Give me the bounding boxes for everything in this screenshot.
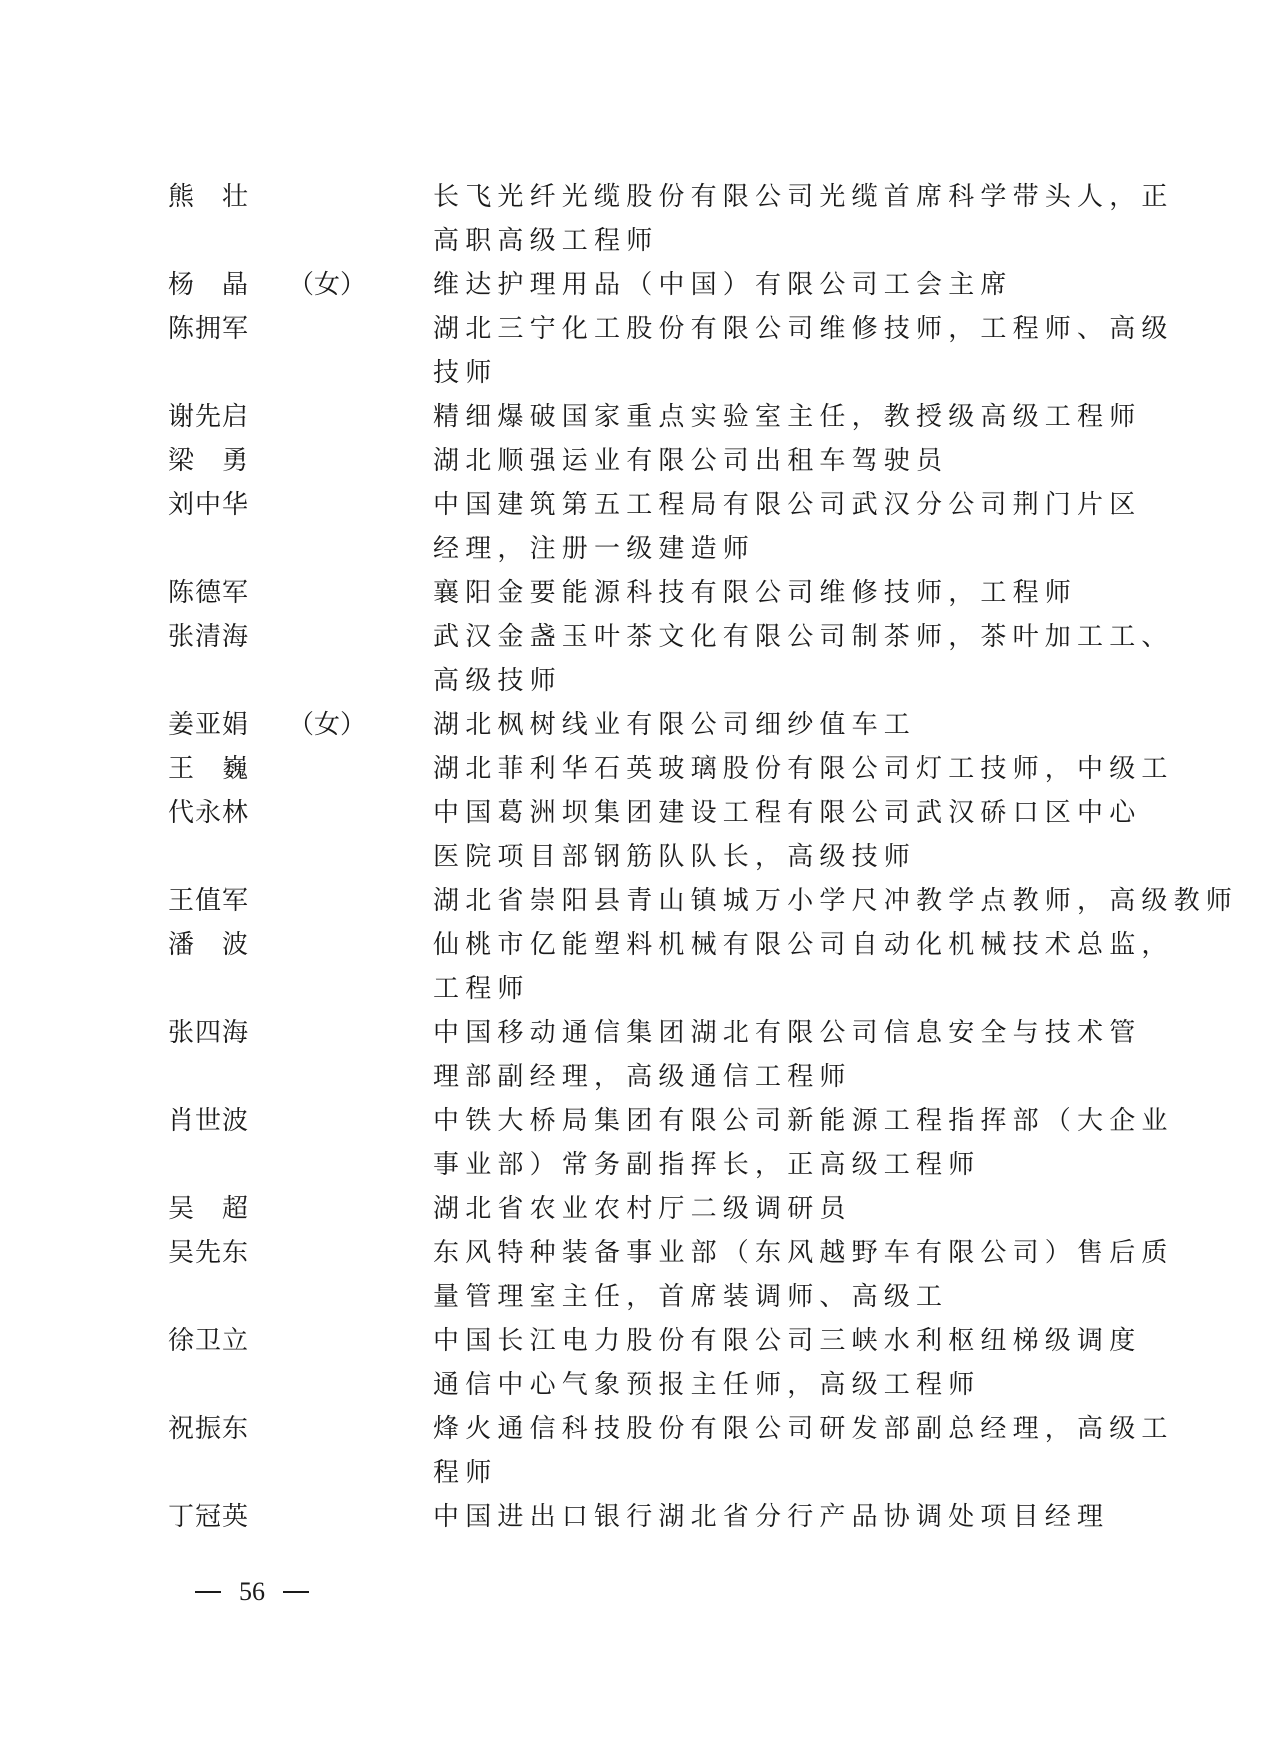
page-number: 56: [239, 1572, 265, 1612]
description-line: 中国葛洲坝集团建设工程有限公司武汉硚口区中心: [433, 791, 1118, 835]
honoree-entry: 肖世波中铁大桥局集团有限公司新能源工程指挥部（大企业事业部）常务副指挥长，正高级…: [168, 1099, 1118, 1187]
honoree-description: 中铁大桥局集团有限公司新能源工程指挥部（大企业事业部）常务副指挥长，正高级工程师: [433, 1099, 1118, 1187]
description-line: 技师: [433, 351, 1118, 395]
description-line: 武汉金盏玉叶茶文化有限公司制茶师，茶叶加工工、: [433, 615, 1118, 659]
honoree-name: 陈拥军: [168, 307, 288, 351]
honoree-name: 丁冠英: [168, 1495, 288, 1539]
honoree-entry: 王值军湖北省崇阳县青山镇城万小学尺冲教学点教师，高级教师: [168, 879, 1118, 923]
honoree-name: 刘中华: [168, 483, 288, 527]
description-line: 中国长江电力股份有限公司三峡水利枢纽梯级调度: [433, 1319, 1118, 1363]
description-line: 经理，注册一级建造师: [433, 527, 1118, 571]
description-line: 中国移动通信集团湖北有限公司信息安全与技术管: [433, 1011, 1118, 1055]
description-line: 湖北菲利华石英玻璃股份有限公司灯工技师，中级工: [433, 747, 1118, 791]
honoree-name: 陈德军: [168, 571, 288, 615]
honoree-entry: 吴先东东风特种装备事业部（东风越野车有限公司）售后质量管理室主任，首席装调师、高…: [168, 1231, 1118, 1319]
honoree-entry: 张四海中国移动通信集团湖北有限公司信息安全与技术管理部副经理，高级通信工程师: [168, 1011, 1118, 1099]
honoree-description: 维达护理用品（中国）有限公司工会主席: [433, 263, 1118, 307]
honoree-name: 张四海: [168, 1011, 288, 1055]
honoree-name: 王值军: [168, 879, 288, 923]
description-line: 襄阳金要能源科技有限公司维修技师，工程师: [433, 571, 1118, 615]
honoree-description: 中国葛洲坝集团建设工程有限公司武汉硚口区中心医院项目部钢筋队队长，高级技师: [433, 791, 1118, 879]
honoree-entry: 杨 晶（女）维达护理用品（中国）有限公司工会主席: [168, 263, 1118, 307]
description-line: 东风特种装备事业部（东风越野车有限公司）售后质: [433, 1231, 1118, 1275]
footer-dash-left: [195, 1591, 221, 1593]
honoree-description: 中国建筑第五工程局有限公司武汉分公司荆门片区经理，注册一级建造师: [433, 483, 1118, 571]
honoree-name: 肖世波: [168, 1099, 288, 1143]
description-line: 烽火通信科技股份有限公司研发部副总经理，高级工: [433, 1407, 1118, 1451]
honoree-description: 长飞光纤光缆股份有限公司光缆首席科学带头人，正高职高级工程师: [433, 175, 1118, 263]
honoree-description: 烽火通信科技股份有限公司研发部副总经理，高级工程师: [433, 1407, 1118, 1495]
footer-dash-right: [283, 1591, 309, 1593]
description-line: 湖北省崇阳县青山镇城万小学尺冲教学点教师，高级教师: [433, 879, 1118, 923]
honoree-name: 杨 晶: [168, 263, 288, 307]
honoree-entry: 陈拥军湖北三宁化工股份有限公司维修技师，工程师、高级技师: [168, 307, 1118, 395]
honoree-description: 湖北三宁化工股份有限公司维修技师，工程师、高级技师: [433, 307, 1118, 395]
description-line: 湖北省农业农村厅二级调研员: [433, 1187, 1118, 1231]
honoree-name: 梁 勇: [168, 439, 288, 483]
description-line: 精细爆破国家重点实验室主任，教授级高级工程师: [433, 395, 1118, 439]
honoree-entry: 祝振东烽火通信科技股份有限公司研发部副总经理，高级工程师: [168, 1407, 1118, 1495]
description-line: 中国进出口银行湖北省分行产品协调处项目经理: [433, 1495, 1118, 1539]
description-line: 事业部）常务副指挥长，正高级工程师: [433, 1143, 1118, 1187]
description-line: 医院项目部钢筋队队长，高级技师: [433, 835, 1118, 879]
honoree-name: 吴 超: [168, 1187, 288, 1231]
description-line: 长飞光纤光缆股份有限公司光缆首席科学带头人，正: [433, 175, 1118, 219]
description-line: 工程师: [433, 967, 1118, 1011]
honoree-name: 姜亚娟: [168, 703, 288, 747]
honoree-entry: 姜亚娟（女）湖北枫树线业有限公司细纱值车工: [168, 703, 1118, 747]
honoree-name: 张清海: [168, 615, 288, 659]
honoree-description: 湖北顺强运业有限公司出租车驾驶员: [433, 439, 1118, 483]
honoree-description: 仙桃市亿能塑料机械有限公司自动化机械技术总监，工程师: [433, 923, 1118, 1011]
honoree-entry: 丁冠英中国进出口银行湖北省分行产品协调处项目经理: [168, 1495, 1118, 1539]
description-line: 程师: [433, 1451, 1118, 1495]
honoree-entry: 潘 波仙桃市亿能塑料机械有限公司自动化机械技术总监，工程师: [168, 923, 1118, 1011]
honoree-description: 中国移动通信集团湖北有限公司信息安全与技术管理部副经理，高级通信工程师: [433, 1011, 1118, 1099]
honoree-gender: （女）: [288, 263, 433, 307]
description-line: 中铁大桥局集团有限公司新能源工程指挥部（大企业: [433, 1099, 1118, 1143]
description-line: 湖北顺强运业有限公司出租车驾驶员: [433, 439, 1118, 483]
document-page: 熊 壮长飞光纤光缆股份有限公司光缆首席科学带头人，正高职高级工程师杨 晶（女）维…: [0, 0, 1280, 1747]
description-line: 高职高级工程师: [433, 219, 1118, 263]
description-line: 湖北三宁化工股份有限公司维修技师，工程师、高级: [433, 307, 1118, 351]
description-line: 高级技师: [433, 659, 1118, 703]
honoree-description: 东风特种装备事业部（东风越野车有限公司）售后质量管理室主任，首席装调师、高级工: [433, 1231, 1118, 1319]
honoree-name: 祝振东: [168, 1407, 288, 1451]
honoree-name: 王 巍: [168, 747, 288, 791]
honoree-description: 中国长江电力股份有限公司三峡水利枢纽梯级调度通信中心气象预报主任师，高级工程师: [433, 1319, 1118, 1407]
honoree-entry: 刘中华中国建筑第五工程局有限公司武汉分公司荆门片区经理，注册一级建造师: [168, 483, 1118, 571]
honoree-description: 武汉金盏玉叶茶文化有限公司制茶师，茶叶加工工、高级技师: [433, 615, 1118, 703]
honoree-name: 代永林: [168, 791, 288, 835]
honoree-name: 谢先启: [168, 395, 288, 439]
honoree-entry: 王 巍湖北菲利华石英玻璃股份有限公司灯工技师，中级工: [168, 747, 1118, 791]
description-line: 维达护理用品（中国）有限公司工会主席: [433, 263, 1118, 307]
honoree-entry: 熊 壮长飞光纤光缆股份有限公司光缆首席科学带头人，正高职高级工程师: [168, 175, 1118, 263]
honoree-description: 精细爆破国家重点实验室主任，教授级高级工程师: [433, 395, 1118, 439]
description-line: 通信中心气象预报主任师，高级工程师: [433, 1363, 1118, 1407]
honoree-description: 湖北省崇阳县青山镇城万小学尺冲教学点教师，高级教师: [433, 879, 1118, 923]
description-line: 中国建筑第五工程局有限公司武汉分公司荆门片区: [433, 483, 1118, 527]
honoree-name: 吴先东: [168, 1231, 288, 1275]
honoree-entry: 谢先启精细爆破国家重点实验室主任，教授级高级工程师: [168, 395, 1118, 439]
honoree-name: 潘 波: [168, 923, 288, 967]
description-line: 湖北枫树线业有限公司细纱值车工: [433, 703, 1118, 747]
honoree-description: 中国进出口银行湖北省分行产品协调处项目经理: [433, 1495, 1118, 1539]
honoree-entry: 张清海武汉金盏玉叶茶文化有限公司制茶师，茶叶加工工、高级技师: [168, 615, 1118, 703]
honoree-entry: 代永林中国葛洲坝集团建设工程有限公司武汉硚口区中心医院项目部钢筋队队长，高级技师: [168, 791, 1118, 879]
description-line: 量管理室主任，首席装调师、高级工: [433, 1275, 1118, 1319]
honoree-description: 湖北枫树线业有限公司细纱值车工: [433, 703, 1118, 747]
honoree-description: 襄阳金要能源科技有限公司维修技师，工程师: [433, 571, 1118, 615]
description-line: 理部副经理，高级通信工程师: [433, 1055, 1118, 1099]
honoree-gender: （女）: [288, 703, 433, 747]
honoree-entry: 陈德军襄阳金要能源科技有限公司维修技师，工程师: [168, 571, 1118, 615]
description-line: 仙桃市亿能塑料机械有限公司自动化机械技术总监，: [433, 923, 1118, 967]
honoree-entry: 吴 超湖北省农业农村厅二级调研员: [168, 1187, 1118, 1231]
honoree-list: 熊 壮长飞光纤光缆股份有限公司光缆首席科学带头人，正高职高级工程师杨 晶（女）维…: [168, 175, 1118, 1539]
honoree-entry: 徐卫立中国长江电力股份有限公司三峡水利枢纽梯级调度通信中心气象预报主任师，高级工…: [168, 1319, 1118, 1407]
honoree-name: 徐卫立: [168, 1319, 288, 1363]
honoree-description: 湖北省农业农村厅二级调研员: [433, 1187, 1118, 1231]
honoree-description: 湖北菲利华石英玻璃股份有限公司灯工技师，中级工: [433, 747, 1118, 791]
honoree-name: 熊 壮: [168, 175, 288, 219]
page-footer: 56: [195, 1572, 309, 1612]
honoree-entry: 梁 勇湖北顺强运业有限公司出租车驾驶员: [168, 439, 1118, 483]
